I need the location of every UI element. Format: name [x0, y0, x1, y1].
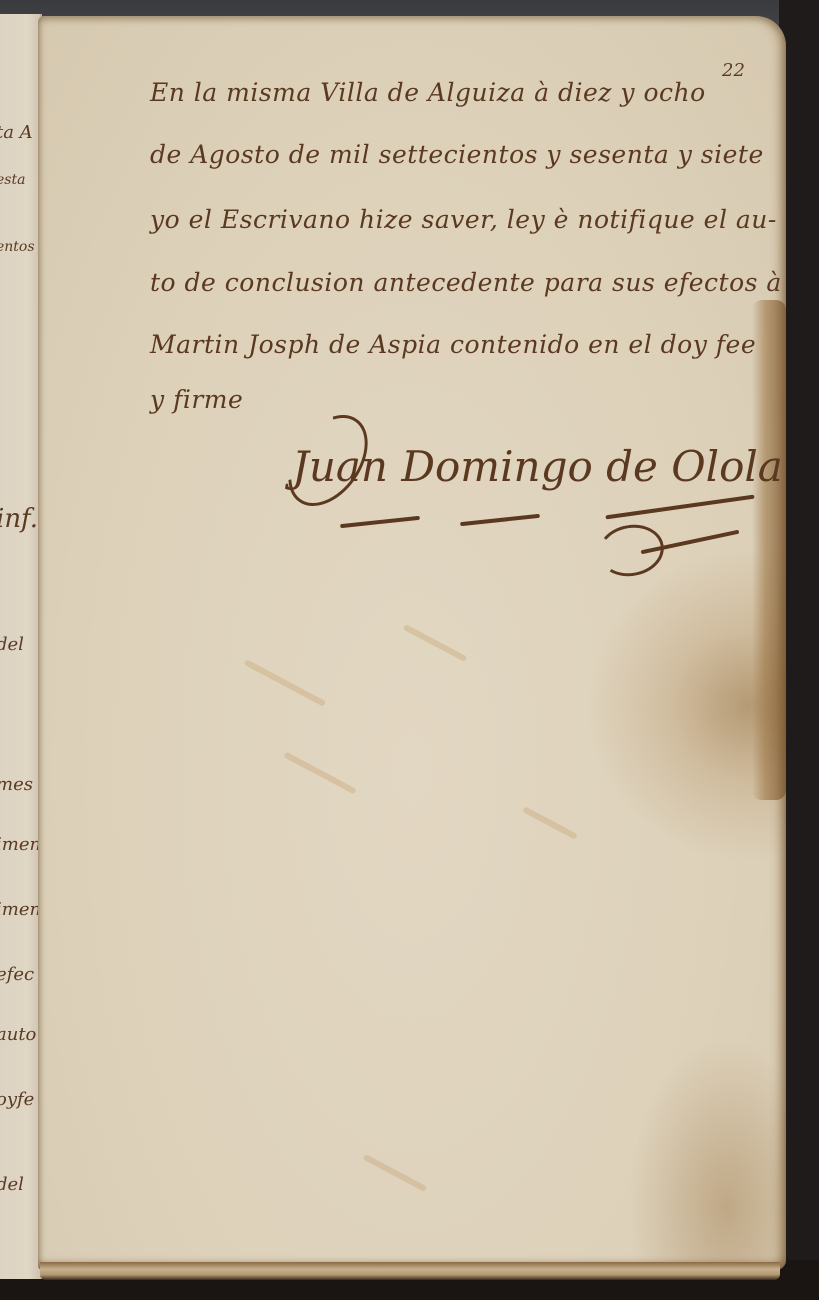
page-damage-right: [752, 300, 786, 800]
left-page-fragment: entos: [0, 239, 35, 255]
left-page-fragment: del: [0, 634, 24, 655]
left-page-fragment: efec: [0, 964, 34, 985]
left-page-fragment: del: [0, 1174, 24, 1195]
left-page-fragment: auto: [0, 1024, 36, 1045]
left-page-fragment: mes: [0, 774, 33, 795]
left-page-fragment: oyfe: [0, 1089, 34, 1110]
left-page-fragment: imen: [0, 899, 41, 920]
left-facing-page: ta A esta entos inf. del mes imen imen e…: [0, 14, 42, 1279]
page-damage-bottom: [40, 1262, 780, 1280]
text-line: Martin Josph de Aspia contenido en el do…: [150, 330, 756, 359]
text-line: y firme: [150, 385, 243, 414]
left-page-fragment: imen: [0, 834, 41, 855]
text-line: de Agosto de mil settecientos y sesenta …: [150, 140, 764, 169]
text-line: to de conclusion antecedente para sus ef…: [150, 268, 782, 297]
folio-number: 22: [722, 60, 745, 81]
text-line: En la misma Villa de Alguiza à diez y oc…: [150, 78, 706, 107]
left-page-fragment: inf.: [0, 504, 38, 534]
left-page-fragment: esta: [0, 172, 25, 188]
text-line: yo el Escrivano hize saver, ley è notifi…: [150, 205, 777, 234]
left-page-fragment: ta A: [0, 122, 33, 143]
